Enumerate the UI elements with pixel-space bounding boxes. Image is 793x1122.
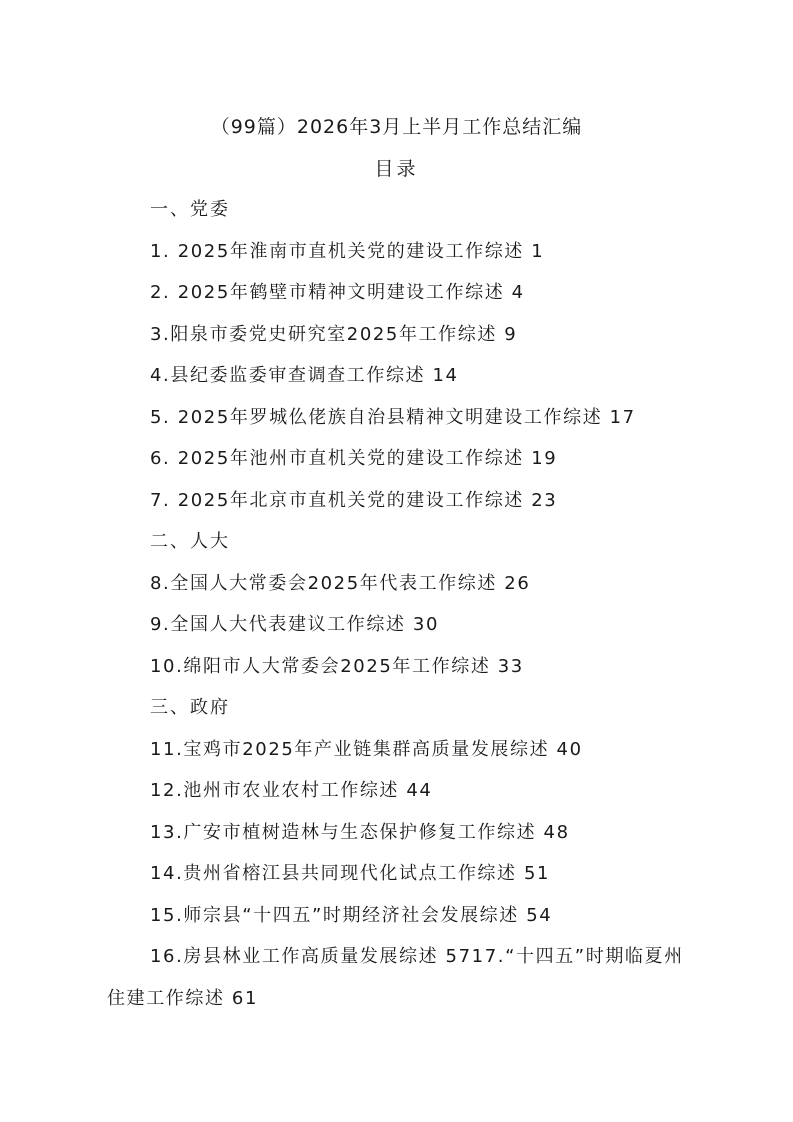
section-heading-npc: 二、人大: [0, 528, 793, 570]
toc-entry[interactable]: 14.贵州省榕江县共同现代化试点工作综述 51: [0, 860, 793, 902]
toc-entry-wrapped-line1[interactable]: 16.房县林业工作高质量发展综述 5717.“十四五”时期临夏州: [0, 943, 793, 985]
toc-entry[interactable]: 7. 2025年北京市直机关党的建设工作综述 23: [0, 487, 793, 529]
section-heading-party: 一、党委: [0, 196, 793, 238]
toc-entry[interactable]: 12.池州市农业农村工作综述 44: [0, 777, 793, 819]
toc-entry[interactable]: 6. 2025年池州市直机关党的建设工作综述 19: [0, 445, 793, 487]
document-title: （99篇）2026年3月上半月工作总结汇编: [0, 113, 793, 141]
section-heading-government: 三、政府: [0, 694, 793, 736]
toc-entry[interactable]: 1. 2025年淮南市直机关党的建设工作综述 1: [0, 238, 793, 280]
toc-entry[interactable]: 3.阳泉市委党史研究室2025年工作综述 9: [0, 321, 793, 363]
toc-entry[interactable]: 5. 2025年罗城仫佬族自治县精神文明建设工作综述 17: [0, 404, 793, 446]
toc-entry[interactable]: 4.县纪委监委审查调查工作综述 14: [0, 362, 793, 404]
toc-heading: 目录: [0, 155, 793, 183]
toc-entry[interactable]: 10.绵阳市人大常委会2025年工作综述 33: [0, 653, 793, 695]
table-of-contents: 一、党委 1. 2025年淮南市直机关党的建设工作综述 1 2. 2025年鹤壁…: [0, 196, 793, 1026]
toc-entry-wrapped-line2[interactable]: 住建工作综述 61: [0, 985, 793, 1027]
toc-entry[interactable]: 2. 2025年鹤壁市精神文明建设工作综述 4: [0, 279, 793, 321]
toc-entry[interactable]: 9.全国人大代表建议工作综述 30: [0, 611, 793, 653]
toc-entry[interactable]: 8.全国人大常委会2025年代表工作综述 26: [0, 570, 793, 612]
toc-entry[interactable]: 11.宝鸡市2025年产业链集群高质量发展综述 40: [0, 736, 793, 778]
document-page: （99篇）2026年3月上半月工作总结汇编 目录 一、党委 1. 2025年淮南…: [0, 0, 793, 1122]
toc-entry[interactable]: 15.师宗县“十四五”时期经济社会发展综述 54: [0, 902, 793, 944]
toc-entry[interactable]: 13.广安市植树造林与生态保护修复工作综述 48: [0, 819, 793, 861]
